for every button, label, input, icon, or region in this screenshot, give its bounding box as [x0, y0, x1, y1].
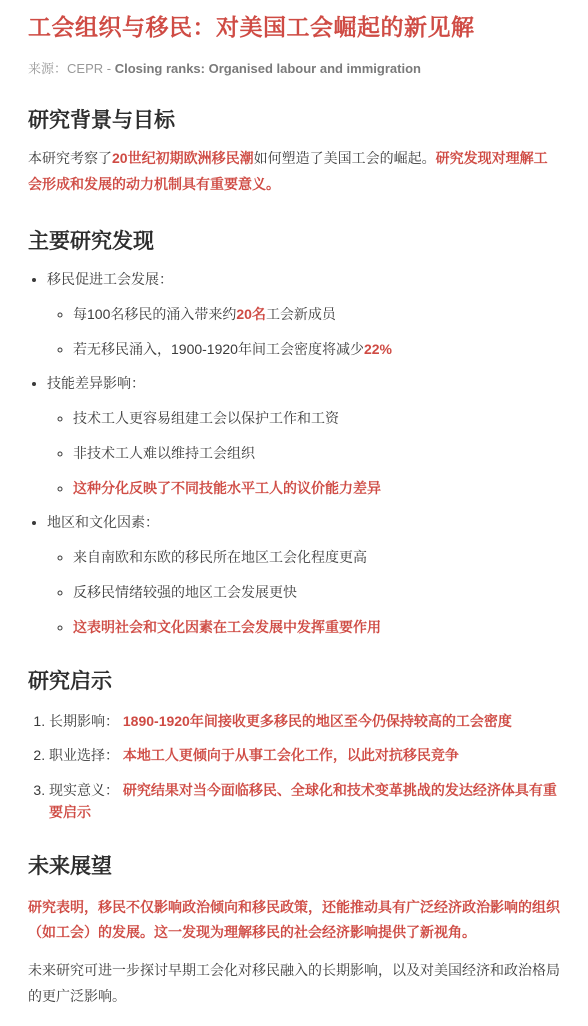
finding-item-label: 地区和文化因素：	[47, 514, 159, 530]
outlook-highlight-paragraph: 研究表明，移民不仅影响政治倾向和移民政策，还能推动具有广泛经济政治影响的组织（如…	[28, 895, 560, 947]
text-segment: 工会新成员	[266, 306, 336, 322]
finding-item: 移民促进工会发展：每100名移民的涌入带来约20名工会新成员若无移民涌入，190…	[47, 269, 560, 360]
finding-sub-list: 每100名移民的涌入带来约20名工会新成员若无移民涌入，1900-1920年间工…	[47, 304, 560, 360]
finding-sub-item: 反移民情绪较强的地区工会发展更快	[73, 582, 560, 603]
highlighted-text-segment: 20名	[236, 306, 266, 322]
source-line: 来源：CEPR - Closing ranks: Organised labou…	[28, 58, 560, 77]
implication-item-text: 研究结果对当今面临移民、全球化和技术变革挑战的发达经济体具有重要启示	[49, 782, 557, 820]
source-name: Closing ranks: Organised labour and immi…	[115, 61, 421, 76]
highlighted-text-segment: 22%	[364, 341, 392, 357]
finding-sub-item: 若无移民涌入，1900-1920年间工会密度将减少22%	[73, 339, 560, 360]
findings-list: 移民促进工会发展：每100名移民的涌入带来约20名工会新成员若无移民涌入，190…	[28, 269, 560, 638]
finding-sub-item: 非技术工人难以维持工会组织	[73, 443, 560, 464]
finding-sub-item: 技术工人更容易组建工会以保护工作和工资	[73, 408, 560, 429]
section-heading-implications: 研究启示	[28, 668, 560, 695]
document-page: 工会组织与移民：对美国工会崛起的新见解 来源：CEPR - Closing ra…	[0, 0, 588, 1026]
implications-list: 长期影响： 1890-1920年间接收更多移民的地区至今仍保持较高的工会密度职业…	[28, 710, 560, 824]
text-segment: 反移民情绪较强的地区工会发展更快	[73, 584, 297, 600]
implication-item-label: 现实意义：	[49, 782, 123, 798]
source-prefix: CEPR -	[67, 61, 115, 76]
finding-sub-item: 来自南欧和东欧的移民所在地区工会化程度更高	[73, 547, 560, 568]
highlighted-text-segment: 这种分化反映了不同技能水平工人的议价能力差异	[73, 480, 381, 496]
implication-item-text: 本地工人更倾向于从事工会化工作，以此对抗移民竞争	[123, 747, 459, 763]
outlook-closing-paragraph: 未来研究可进一步探讨早期工会化对移民融入的长期影响，以及对美国经济和政治格局的更…	[28, 958, 560, 1010]
implication-item: 长期影响： 1890-1920年间接收更多移民的地区至今仍保持较高的工会密度	[49, 710, 560, 732]
text-segment: 每100名移民的涌入带来约	[73, 306, 236, 322]
implication-item-text: 1890-1920年间接收更多移民的地区至今仍保持较高的工会密度	[123, 713, 512, 729]
implication-item: 现实意义： 研究结果对当今面临移民、全球化和技术变革挑战的发达经济体具有重要启示	[49, 779, 560, 824]
finding-sub-list: 来自南欧和东欧的移民所在地区工会化程度更高反移民情绪较强的地区工会发展更快这表明…	[47, 547, 560, 638]
finding-sub-list: 技术工人更容易组建工会以保护工作和工资非技术工人难以维持工会组织这种分化反映了不…	[47, 408, 560, 499]
text-segment: 本研究考察了	[28, 150, 112, 166]
finding-item: 地区和文化因素：来自南欧和东欧的移民所在地区工会化程度更高反移民情绪较强的地区工…	[47, 512, 560, 638]
highlighted-text-segment: 20世纪初期欧洲移民潮	[112, 150, 254, 166]
text-segment: 如何塑造了美国工会的崛起。	[254, 150, 436, 166]
finding-item-label: 技能差异影响：	[47, 375, 145, 391]
finding-sub-item: 每100名移民的涌入带来约20名工会新成员	[73, 304, 560, 325]
finding-item: 技能差异影响：技术工人更容易组建工会以保护工作和工资非技术工人难以维持工会组织这…	[47, 373, 560, 499]
implication-item: 职业选择： 本地工人更倾向于从事工会化工作，以此对抗移民竞争	[49, 744, 560, 766]
background-paragraph: 本研究考察了20世纪初期欧洲移民潮如何塑造了美国工会的崛起。研究发现对理解工会形…	[28, 146, 560, 198]
text-segment: 非技术工人难以维持工会组织	[73, 445, 255, 461]
highlighted-text-segment: 这表明社会和文化因素在工会发展中发挥重要作用	[73, 619, 381, 635]
finding-sub-item: 这表明社会和文化因素在工会发展中发挥重要作用	[73, 617, 560, 638]
page-title: 工会组织与移民：对美国工会崛起的新见解	[28, 12, 560, 43]
section-heading-background: 研究背景与目标	[28, 107, 560, 134]
implication-item-label: 职业选择：	[49, 747, 123, 763]
section-heading-findings: 主要研究发现	[28, 228, 560, 255]
text-segment: 技术工人更容易组建工会以保护工作和工资	[73, 410, 339, 426]
text-segment: 若无移民涌入，1900-1920年间工会密度将减少	[73, 341, 364, 357]
text-segment: 来自南欧和东欧的移民所在地区工会化程度更高	[73, 549, 367, 565]
implication-item-label: 长期影响：	[49, 713, 123, 729]
section-heading-outlook: 未来展望	[28, 853, 560, 880]
source-label: 来源：	[28, 61, 67, 76]
finding-item-label: 移民促进工会发展：	[47, 271, 173, 287]
finding-sub-item: 这种分化反映了不同技能水平工人的议价能力差异	[73, 478, 560, 499]
